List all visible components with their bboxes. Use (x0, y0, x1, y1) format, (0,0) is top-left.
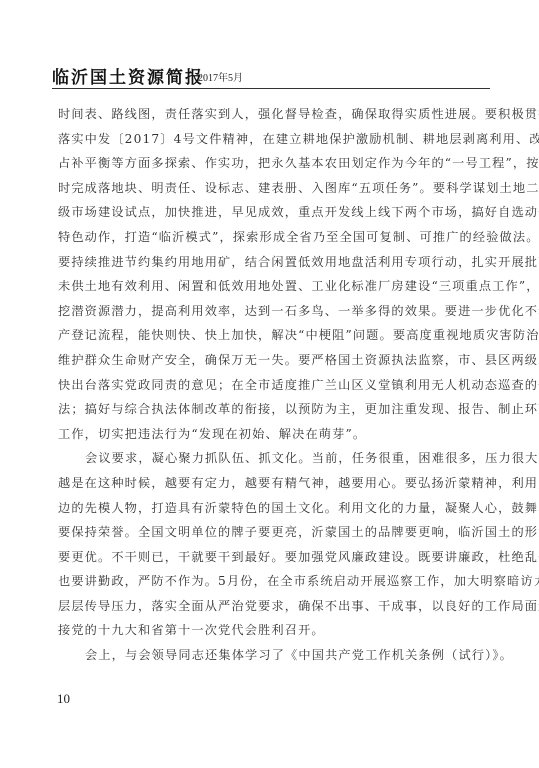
text-line: 快出台落实党政同责的意见；在全市适度推广兰山区义堂镇利用无人机动态巡查的做 (58, 373, 488, 398)
paragraph-start-line: 会议要求，凝心聚力抓队伍、抓文化。当前，任务很重，困难很多，压力很大。 (58, 446, 488, 471)
text-line: 法；搞好与综合执法体制改革的衔接，以预防为主，更加注重发现、报告、制止环节 (58, 397, 488, 422)
text-line: 未供土地有效利用、闲置和低效用地处置、工业化标准厂房建设“三项重点工作”， (58, 274, 488, 299)
text-line: 层层传导压力，落实全面从严治党要求，确保不出事、干成事，以良好的工作局面迎 (58, 594, 488, 619)
text-line: 产登记流程，能快则快、快上加快，解决“中梗阻”问题。要高度重视地质灾害防治， (58, 323, 488, 348)
text-line: 维护群众生命财产安全，确保万无一失。要严格国土资源执法监察，市、县区两级尽 (58, 348, 488, 373)
header-divider (52, 88, 490, 89)
text-line: 工作，切实把违法行为“发现在初始、解决在萌芽”。 (58, 422, 488, 447)
paragraph-start-line: 会上，与会领导同志还集体学习了《中国共产党工作机关条例（试行）》。 (58, 643, 488, 668)
text-line: 要持续推进节约集约用地用矿，结合闲置低效用地盘活利用专项行动，扎实开展批而 (58, 250, 488, 275)
publication-title: 临沂国土资源简报 (52, 68, 204, 88)
text-line: 要更优。不干则已，干就要干到最好。要加强党风廉政建设。既要讲廉政，杜绝乱作为； (58, 545, 488, 570)
text-line: 时间表、路线图，责任落实到人，强化督导检查，确保取得实质性进展。要积极贯彻 (58, 102, 488, 127)
text-line: 接党的十九大和省第十一次党代会胜利召开。 (58, 618, 488, 643)
text-line: 落实中发〔2017〕4号文件精神，在建立耕地保护激励机制、耕地层剥离利用、改进 (58, 127, 488, 152)
text-line: 特色动作，打造“临沂模式”，探索形成全省乃至全国可复制、可推广的经验做法。 (58, 225, 488, 250)
text-line: 占补平衡等方面多探索、作实功，把永久基本农田划定作为今年的“一号工程”，按 (58, 151, 488, 176)
text-line: 级市场建设试点，加快推进，早见成效，重点开发线上线下两个市场，搞好自选动作、 (58, 200, 488, 225)
page-number: 10 (57, 691, 70, 707)
article-body: 时间表、路线图，责任落实到人，强化督导检查，确保取得实质性进展。要积极贯彻 落实… (58, 102, 488, 668)
text-line: 边的先模人物，打造具有沂蒙特色的国土文化。利用文化的力量，凝聚人心，鼓舞斗志。 (58, 496, 488, 521)
page-header: 临沂国土资源简报 2017年5月 (52, 68, 490, 88)
text-line: 也要讲勤政，严防不作为。5月份，在全市系统启动开展巡察工作，加大明察暗访力度， (58, 569, 488, 594)
text-line: 时完成落地块、明责任、设标志、建表册、入图库“五项任务”。要科学谋划土地二 (58, 176, 488, 201)
text-line: 越是在这种时候，越要有定力，越要有精气神，越要用心。要弘扬沂蒙精神，利用身 (58, 471, 488, 496)
issue-date: 2017年5月 (198, 73, 243, 85)
text-line: 要保持荣誉。全国文明单位的牌子要更亮，沂蒙国土的品牌要更响，临沂国土的形象 (58, 520, 488, 545)
text-line: 挖潜资源潜力，提高利用效率，达到一石多鸟、一举多得的效果。要进一步优化不动 (58, 299, 488, 324)
